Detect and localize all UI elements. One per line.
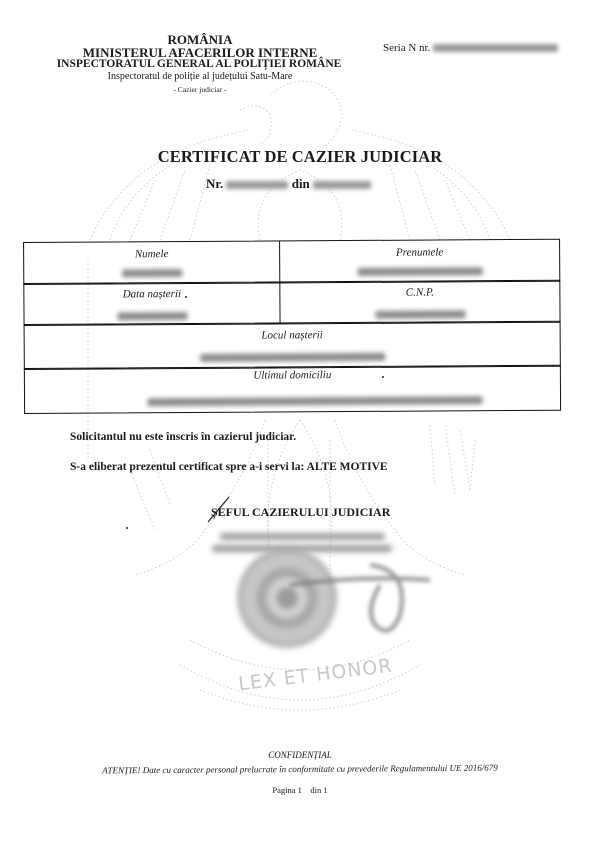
header-inspectorate: INSPECTORATUL GENERAL AL POLIȚIEI ROMÂNE (46, 59, 352, 71)
scan-speck (185, 296, 187, 298)
footer-classification: CONFIDENȚIAL (0, 750, 600, 760)
signature-stroke (205, 494, 235, 524)
personal-data-table: Numele Prenumele Data nașterii C.N.P. Lo… (23, 229, 561, 412)
value-first-name-redacted (357, 267, 482, 276)
label-birth-date: Data nașterii (24, 287, 279, 301)
certificate-title: CERTIFICAT DE CAZIER JUDICIAR (0, 147, 600, 167)
cell-surname: Numele (24, 241, 280, 284)
number-value-redacted (226, 181, 288, 189)
date-label: din (292, 176, 310, 191)
table-row: Numele Prenumele (23, 239, 560, 285)
series-value-redacted (433, 44, 558, 52)
series-label: Seria N nr. (383, 42, 430, 54)
page-total: 1 (323, 785, 327, 795)
table-row: Ultimul domiciliu (24, 365, 561, 414)
issuance-purpose: S-a eliberat prezentul certificat spre a… (70, 461, 388, 473)
signatory-title: ȘEFUL CAZIERULUI JUDICIAR (211, 505, 390, 520)
purpose-prefix: S-a eliberat prezentul certificat spre a… (70, 461, 304, 473)
header-department: - Cazier judiciar - (50, 86, 350, 94)
value-surname-redacted (122, 269, 182, 277)
date-value-redacted (313, 181, 371, 189)
watermark-motto: LEX ET HONOR (237, 655, 393, 696)
label-first-name: Prenumele (280, 246, 559, 260)
value-birth-place-redacted (200, 353, 385, 362)
cell-first-name: Prenumele (280, 240, 559, 283)
page-indicator: Pagina 1 din 1 (0, 785, 600, 795)
value-birth-date-redacted (117, 312, 187, 320)
purpose-value: ALTE MOTIVE (307, 461, 388, 473)
label-last-residence: Ultimul domiciliu (25, 368, 560, 383)
cell-cnp: C.N.P. (280, 281, 559, 324)
value-cnp-redacted (375, 310, 465, 319)
scan-speck (382, 376, 384, 378)
value-last-residence-redacted (148, 396, 483, 406)
label-cnp: C.N.P. (280, 286, 559, 300)
signatory-rank-redacted (220, 533, 385, 540)
footer-gdpr-notice: ATENȚIE! Date cu caracter personal prelu… (0, 762, 600, 776)
page-of: din (310, 785, 321, 795)
number-label: Nr. (206, 176, 223, 191)
criminal-record-status: Solicitantul nu este înscris în cazierul… (70, 431, 296, 443)
series-number: Seria N nr. (383, 42, 558, 54)
page-current: 1 (298, 785, 302, 795)
header-county-inspectorate: Inspectoratul de poliție al județului Sa… (50, 72, 350, 82)
table-row: Locul nașterii (24, 321, 561, 370)
handwritten-signature-redacted (280, 555, 440, 645)
scan-speck (126, 527, 128, 529)
page-label: Pagina (272, 785, 295, 795)
label-birth-place: Locul nașterii (25, 328, 560, 343)
certificate-number: Nr. din (206, 176, 371, 192)
label-surname: Numele (24, 247, 279, 261)
table-row: Data nașterii C.N.P. (23, 280, 560, 326)
coat-of-arms-watermark (0, 0, 600, 859)
cell-birth-date: Data nașterii (24, 282, 280, 325)
